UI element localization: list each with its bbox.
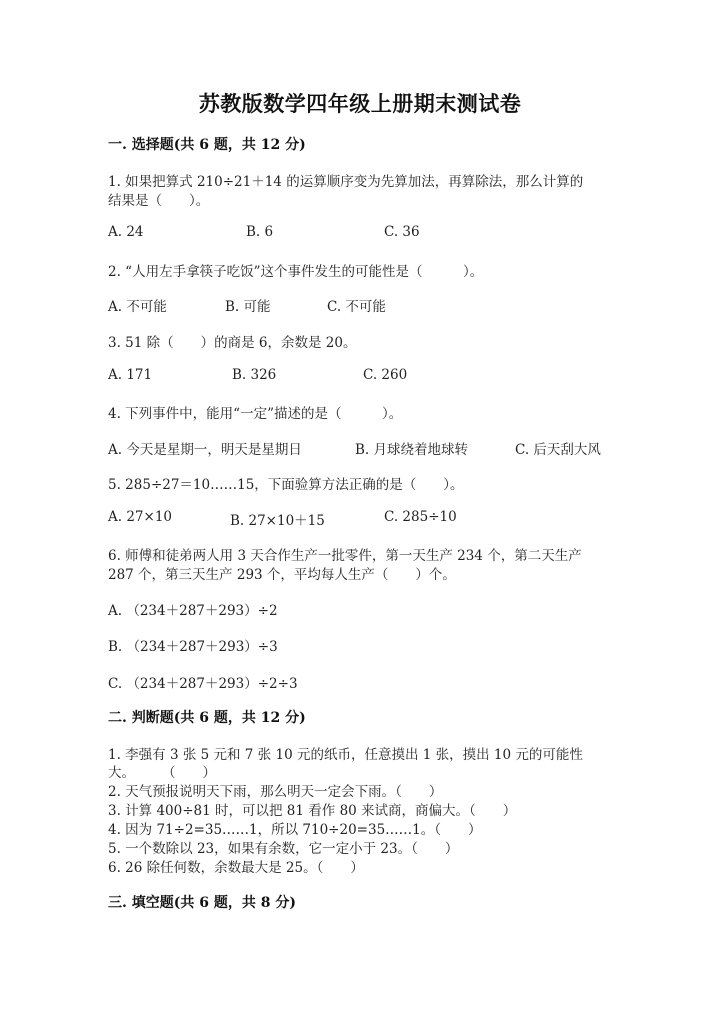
question-6-option-c: C. （234＋287＋293）÷2÷3 [108,672,298,692]
question-4-option-c: C. 后天刮大风 [515,438,601,458]
judgment-1-line-1: 1. 李强有 3 张 5 元和 7 张 10 元的纸币，任意摸出 1 张，摸出 … [108,743,583,763]
question-3-option-b: B. 326 [232,367,276,383]
question-3-option-a: A. 171 [108,367,152,383]
question-6-option-a: A. （234＋287＋293）÷2 [108,599,278,619]
question-1-line-2: 结果是（ ）。 [108,189,209,209]
judgment-4: 4. 因为 71÷2=35……1，所以 710÷20=35……1。（ ） [108,818,482,838]
question-6-line-1: 6. 师傅和徒弟两人用 3 天合作生产一批零件，第一天生产 234 个，第二天生… [108,544,582,564]
judgment-6: 6. 26 除任何数，余数最大是 25。（ ） [108,856,364,876]
question-1-line-1: 1. 如果把算式 210÷21＋14 的运算顺序变为先算加法，再算除法，那么计算… [108,170,583,190]
question-3-option-c: C. 260 [363,367,407,383]
question-1-option-b: B. 6 [246,224,273,240]
judgment-1-line-2: 大。 （ ） [108,761,216,781]
section-header-multiple-choice: 一. 选择题(共 6 题，共 12 分) [108,134,306,154]
question-3-line-1: 3. 51 除（ ）的商是 6，余数是 20。 [108,331,357,351]
judgment-5: 5. 一个数除以 23，如果有余数，它一定小于 23。（ ） [108,837,458,857]
page-title: 苏教版数学四年级上册期末测试卷 [0,88,720,118]
question-5-option-a: A. 27×10 [108,509,172,525]
exam-page: 苏教版数学四年级上册期末测试卷 一. 选择题(共 6 题，共 12 分) 1. … [0,0,720,1018]
question-5-line-1: 5. 285÷27＝10……15，下面验算方法正确的是（ ）。 [108,473,464,493]
question-4-line-1: 4. 下列事件中，能用“一定”描述的是（ ）。 [108,402,402,422]
section-header-fill-in: 三. 填空题(共 6 题，共 8 分) [108,892,296,912]
judgment-3: 3. 计算 400÷81 时，可以把 81 看作 80 来试商，商偏大。（ ） [108,799,516,819]
question-2-option-b: B. 可能 [225,295,271,315]
judgment-2: 2. 天气预报说明天下雨，那么明天一定会下雨。（ ） [108,780,442,800]
question-2-option-c: C. 不可能 [327,295,386,315]
question-1-option-a: A. 24 [108,224,144,240]
question-5-option-b: B. 27×10＋15 [230,509,325,529]
question-5-option-c: C. 285÷10 [384,509,457,525]
section-header-true-false: 二. 判断题(共 6 题，共 12 分) [108,707,306,727]
question-4-option-b: B. 月球绕着地球转 [355,438,468,458]
question-4-option-a: A. 今天是星期一，明天是星期日 [108,438,302,458]
question-6-option-b: B. （234＋287＋293）÷3 [108,635,278,655]
question-2-line-1: 2. “人用左手拿筷子吃饭”这个事件发生的可能性是（ ）。 [108,260,483,280]
question-1-option-c: C. 36 [384,224,420,240]
question-2-option-a: A. 不可能 [108,295,167,315]
question-6-line-2: 287 个，第三天生产 293 个，平均每人生产（ ）个。 [108,563,456,583]
